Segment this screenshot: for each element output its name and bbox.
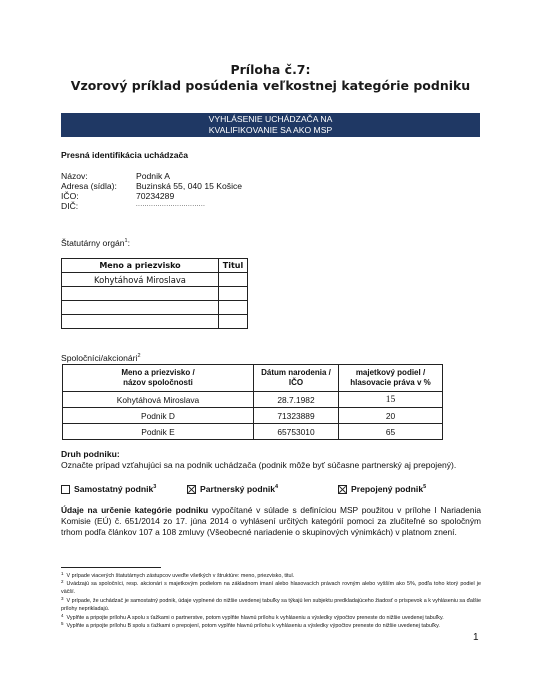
statutory-table: Meno a priezvisko Titul Kohytáhová Miros… <box>61 258 248 329</box>
header-line: IČO <box>254 378 338 388</box>
cell-name: Podnik D <box>63 408 254 424</box>
banner-line-1: VYHLÁSENIE UCHÁDZAČA NA <box>61 114 480 125</box>
declaration-banner: VYHLÁSENIE UCHÁDZAČA NA KVALIFIKOVANIE S… <box>61 113 480 137</box>
option-label: Samostatný podnik <box>74 484 153 494</box>
cell-title <box>219 301 248 315</box>
option-linked[interactable]: Prepojený podnik5 <box>338 484 426 495</box>
cell-share: 20 <box>339 408 443 424</box>
statutory-label-text: Štatutárny orgán <box>61 238 125 248</box>
statutory-label: Štatutárny orgán1: <box>61 238 130 249</box>
footnote-text: Vyplňte a pripojte prílohu A spolu s ťaž… <box>67 615 444 621</box>
table-row: Podnik E 65753010 65 <box>63 424 443 440</box>
cell-title <box>219 287 248 301</box>
header-line: Dátum narodenia / <box>254 368 338 378</box>
option-label: Prepojený podnik <box>351 484 423 494</box>
checkbox-independent[interactable] <box>61 485 70 494</box>
checkbox-partner-checked[interactable] <box>187 485 196 494</box>
paragraph-lead: Údaje na určenie kategórie podniku <box>61 505 208 515</box>
table-row <box>62 301 248 315</box>
footnote-ref: 5 <box>423 484 426 490</box>
enterprise-type-heading: Druh podniku: <box>61 449 120 460</box>
column-header-name: Meno a priezvisko <box>62 259 219 273</box>
option-independent[interactable]: Samostatný podnik3 <box>61 484 156 495</box>
page-number: 1 <box>473 632 479 643</box>
shareholders-table: Meno a priezvisko /názov spoločnosti Dát… <box>62 364 443 440</box>
banner-line-2: KVALIFIKOVANIE SA AKO MSP <box>61 125 480 136</box>
table-row <box>62 315 248 329</box>
enterprise-type-instruction: Označte prípad vzťahujúci sa na podnik u… <box>61 460 456 471</box>
cell-name: Kohytáhová Miroslava <box>62 273 219 287</box>
table-row: Kohytáhová Miroslava <box>62 273 248 287</box>
footnote-ref: 4 <box>275 484 278 490</box>
field-label-dic: DIČ: <box>61 201 78 212</box>
column-header-share: majetkový podiel /hlasovacie práva v % <box>339 365 443 392</box>
footnote-text: Uvádzajú sa spoločníci, resp. akcionári … <box>61 581 481 595</box>
footnote-text: V prípade, že uchádzač je samostatný pod… <box>61 598 481 612</box>
field-value-address: Buzinská 55, 040 15 Košice <box>136 181 242 192</box>
table-row: Podnik D 71323889 20 <box>63 408 443 424</box>
cell-title <box>219 273 248 287</box>
footnote-divider <box>61 567 161 568</box>
footnote-ref: 2 <box>137 353 140 359</box>
cell-date: 28.7.1982 <box>254 392 339 408</box>
footnote-3: 3V prípade, že uchádzač je samostatný po… <box>61 598 481 613</box>
identification-heading: Presná identifikácia uchádzača <box>61 150 188 161</box>
footnote-5: 5Vyplňte a pripojte prílohu B spolu s ťa… <box>61 623 481 631</box>
column-header-name: Meno a priezvisko /názov spoločnosti <box>63 365 254 392</box>
footnote-number: 4 <box>61 613 64 618</box>
cell-name: Podnik E <box>63 424 254 440</box>
shareholders-label-text: Spoločníci/akcionári <box>61 353 137 363</box>
field-label-address: Adresa (sídla): <box>61 181 117 192</box>
footnote-1: 1V prípade viacerých štatutárnych zástup… <box>61 573 481 581</box>
header-line: majetkový podiel / <box>339 368 442 378</box>
page-title: Vzorový príklad posúdenia veľkostnej kat… <box>0 78 541 93</box>
footnote-4: 4Vyplňte a pripojte prílohu A spolu s ťa… <box>61 615 481 623</box>
field-value-dic: ................................ <box>136 200 205 211</box>
header-line: hlasovacie práva v % <box>339 378 442 388</box>
field-value-name: Podnik A <box>136 171 170 182</box>
appendix-label: Príloha č.7: <box>0 62 541 77</box>
table-header-row: Meno a priezvisko /názov spoločnosti Dát… <box>63 365 443 392</box>
cell-share: 15 <box>339 392 443 408</box>
field-label-ico: IČO: <box>61 191 79 202</box>
option-label: Partnerský podnik <box>200 484 275 494</box>
statutory-label-suffix: : <box>128 238 130 248</box>
header-line: názov spoločnosti <box>63 378 253 388</box>
footnote-number: 1 <box>61 571 64 576</box>
footnote-number: 3 <box>61 596 64 601</box>
checkbox-linked-checked[interactable] <box>338 485 347 494</box>
option-partner[interactable]: Partnerský podnik4 <box>187 484 278 495</box>
table-row <box>62 287 248 301</box>
cell-name <box>62 287 219 301</box>
cell-share: 65 <box>339 424 443 440</box>
footnote-2: 2Uvádzajú sa spoločníci, resp. akcionári… <box>61 581 481 596</box>
table-row: Kohytáhová Miroslava 28.7.1982 15 <box>63 392 443 408</box>
footnote-text: Vyplňte a pripojte prílohu B spolu s ťaž… <box>67 623 440 629</box>
cell-date: 65753010 <box>254 424 339 440</box>
column-header-date: Dátum narodenia /IČO <box>254 365 339 392</box>
header-line: Meno a priezvisko / <box>63 368 253 378</box>
shareholders-label: Spoločníci/akcionári2 <box>61 353 141 364</box>
cell-title <box>219 315 248 329</box>
cell-name: Kohytáhová Miroslava <box>63 392 254 408</box>
cell-name <box>62 301 219 315</box>
cell-date: 71323889 <box>254 408 339 424</box>
footnote-number: 2 <box>61 579 64 584</box>
footnote-ref: 3 <box>153 484 156 490</box>
cell-name <box>62 315 219 329</box>
field-label-name: Názov: <box>61 171 88 182</box>
footnote-number: 5 <box>61 621 64 626</box>
data-paragraph: Údaje na určenie kategórie podniku vypoč… <box>61 505 481 538</box>
footnote-text: V prípade viacerých štatutárnych zástupc… <box>67 573 295 579</box>
column-header-title: Titul <box>219 259 248 273</box>
table-header-row: Meno a priezvisko Titul <box>62 259 248 273</box>
